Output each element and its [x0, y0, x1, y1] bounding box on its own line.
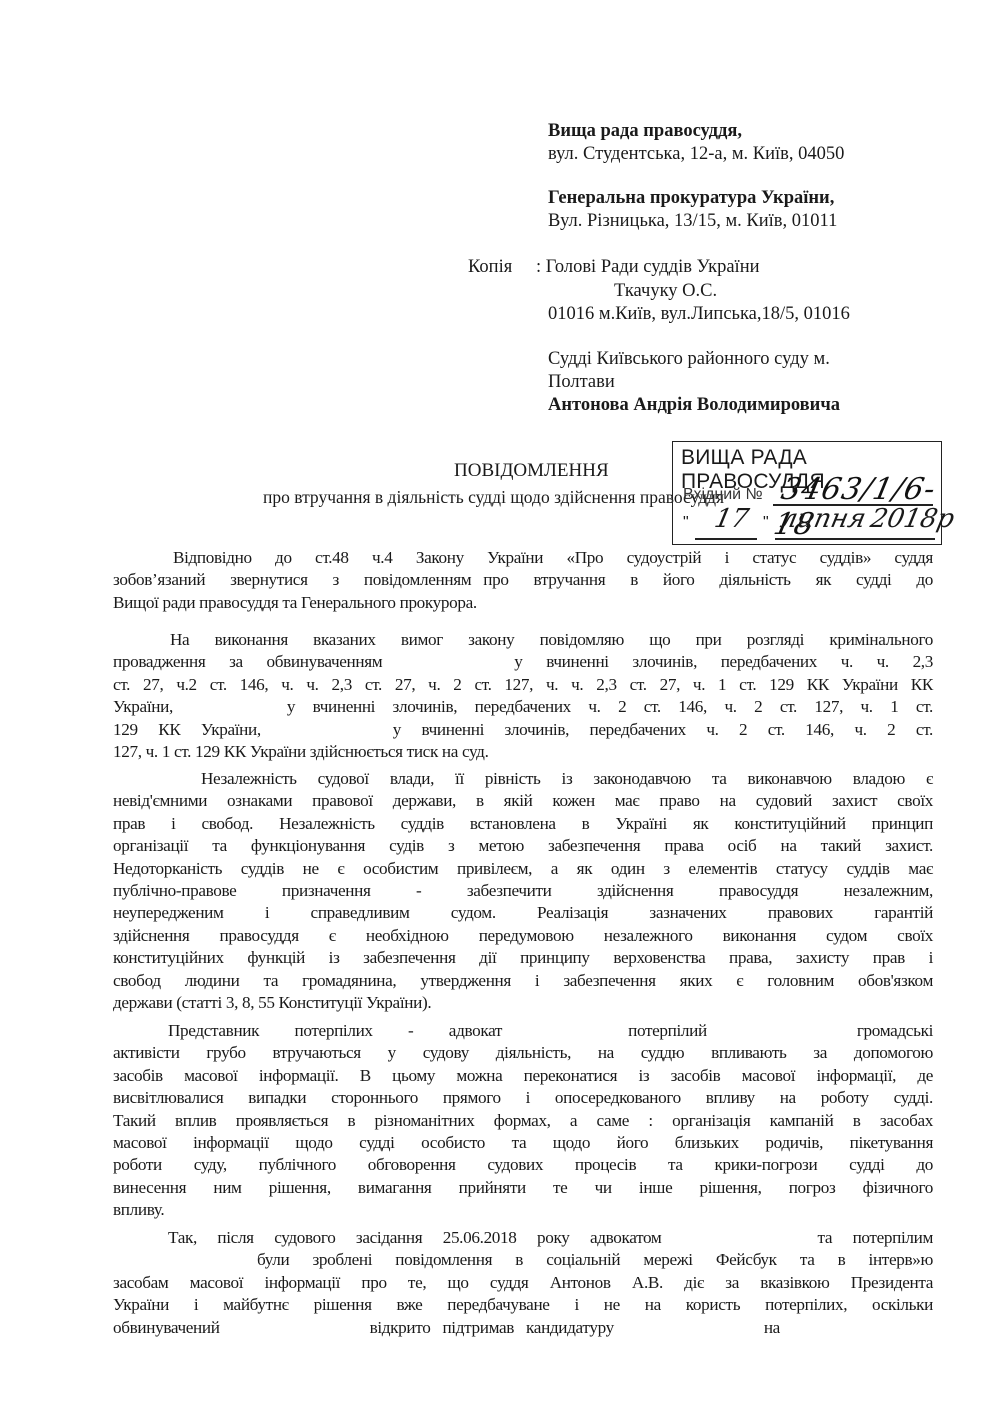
- judge-court-line1: Судді Київського районного суду м.: [548, 348, 830, 370]
- text-line: 127, ч. 1 ст. 129 КК України здійснюєтьс…: [113, 741, 933, 763]
- text-line: На виконання вказаних вимог закону повід…: [113, 629, 933, 651]
- text-line: організації та функціонування судів з ме…: [113, 835, 933, 857]
- paragraph-independence: Незалежність судової влади, її рівність …: [113, 768, 933, 1014]
- recipient-name-hcj: Вища рада правосуддя,: [548, 120, 742, 142]
- text-line: свобод людини та громадянина, утвердженн…: [113, 970, 933, 992]
- text-line: Представник потерпілих - адвокатпотерпіл…: [113, 1020, 933, 1042]
- stamp-day-underline: [695, 538, 757, 540]
- text-line: обвинуваченийвідкритопідтримавкандидатур…: [113, 1317, 933, 1339]
- text-line: Недоторканість суддів не є особистим при…: [113, 858, 933, 880]
- document-subtitle: про втручання в діяльність судді щодо зд…: [263, 487, 724, 508]
- text-line: Відповідно до ст.48 ч.4 Закону України «…: [113, 547, 933, 569]
- text-line: ст. 27, ч.2 ст. 146, ч. ч. 2,3 ст. 27, ч…: [113, 674, 933, 696]
- text-line: активісти грубо втручаються у судову дія…: [113, 1042, 933, 1064]
- recipient-address-hcj: вул. Студентська, 12-а, м. Київ, 04050: [548, 143, 844, 165]
- text-line: роботи суду, публічного обговорення судо…: [113, 1154, 933, 1176]
- text-line: засобів масової інформації. В цьому можн…: [113, 1065, 933, 1087]
- text-line: масової інформації щодо судді особисто т…: [113, 1132, 933, 1154]
- recipient-address-prosecutor: Вул. Різницька, 13/15, м. Київ, 01011: [548, 210, 837, 232]
- text-line: Так, після судового засідання 25.06.2018…: [113, 1227, 933, 1249]
- stamp-year: 2018р: [868, 504, 957, 534]
- text-line: зобов’язаний звернутися з повідомленнямп…: [113, 569, 933, 591]
- judge-court-line2: Полтави: [548, 371, 615, 393]
- text-line: держави (статті 3, 8, 55 Конституції Укр…: [113, 992, 933, 1014]
- text-line: України,у вчиненні злочинів, передбачени…: [113, 696, 933, 718]
- text-line: провадження за обвинуваченняму вчиненні …: [113, 651, 933, 673]
- text-line: України і майбутнє рішення вже передбачу…: [113, 1294, 933, 1316]
- paragraph-case: На виконання вказаних вимог закону повід…: [113, 629, 933, 763]
- text-line: прав і свобод. Незалежність суддів встан…: [113, 813, 933, 835]
- stamp-date-underline: [775, 538, 935, 540]
- text-line: Такий вплив проявляється в різноманітних…: [113, 1110, 933, 1132]
- text-line: неупередженим і справедливим судом. Реал…: [113, 902, 933, 924]
- stamp-month: липня: [778, 504, 869, 534]
- copy-label: Копія: [468, 256, 512, 278]
- text-line: 129 КК України,у вчиненні злочинів, пере…: [113, 719, 933, 741]
- copy-recipient-name: Ткачуку О.С.: [614, 280, 717, 302]
- text-line: конституційних функцій із забезпечення д…: [113, 947, 933, 969]
- judge-name: Антонова Андрія Володимировича: [548, 394, 840, 416]
- text-line: Незалежність судової влади, її рівність …: [113, 768, 933, 790]
- text-line: публічно-правове призначення - забезпечи…: [113, 880, 933, 902]
- text-line: здійснення правосуддя є необхідною перед…: [113, 925, 933, 947]
- text-line: були зроблені повідомлення в соціальній …: [113, 1249, 933, 1271]
- text-line: впливу.: [113, 1199, 933, 1221]
- text-line: винесення ним рішення, вимагання прийнят…: [113, 1177, 933, 1199]
- text-line: Вищої ради правосуддя та Генерального пр…: [113, 592, 933, 614]
- document-title: ПОВІДОМЛЕННЯ: [454, 460, 609, 482]
- stamp-quote-close: ": [763, 514, 769, 532]
- text-line: невід'ємними ознаками правової держави, …: [113, 790, 933, 812]
- registration-stamp: ВИЩА РАДА ПРАВОСУДДЯ Вхідний № 3463/1/6-…: [672, 441, 942, 545]
- stamp-quote-open: ": [683, 514, 689, 532]
- copy-recipient-address: 01016 м.Київ, вул.Липська,18/5, 01016: [548, 303, 850, 325]
- paragraph-legal-basis: Відповідно до ст.48 ч.4 Закону України «…: [113, 547, 933, 614]
- recipient-name-prosecutor: Генеральна прокуратура України,: [548, 187, 834, 209]
- stamp-incoming-label: Вхідний №: [683, 486, 763, 504]
- copy-recipient: : Голові Ради суддів України: [536, 256, 760, 278]
- text-line: засобам масової інформації про те, що су…: [113, 1272, 933, 1294]
- stamp-day: 17: [712, 504, 751, 534]
- paragraph-example: Так, після судового засідання 25.06.2018…: [113, 1227, 933, 1339]
- paragraph-interference: Представник потерпілих - адвокатпотерпіл…: [113, 1020, 933, 1222]
- text-line: висвітлювалися випадки стороннього прямо…: [113, 1087, 933, 1109]
